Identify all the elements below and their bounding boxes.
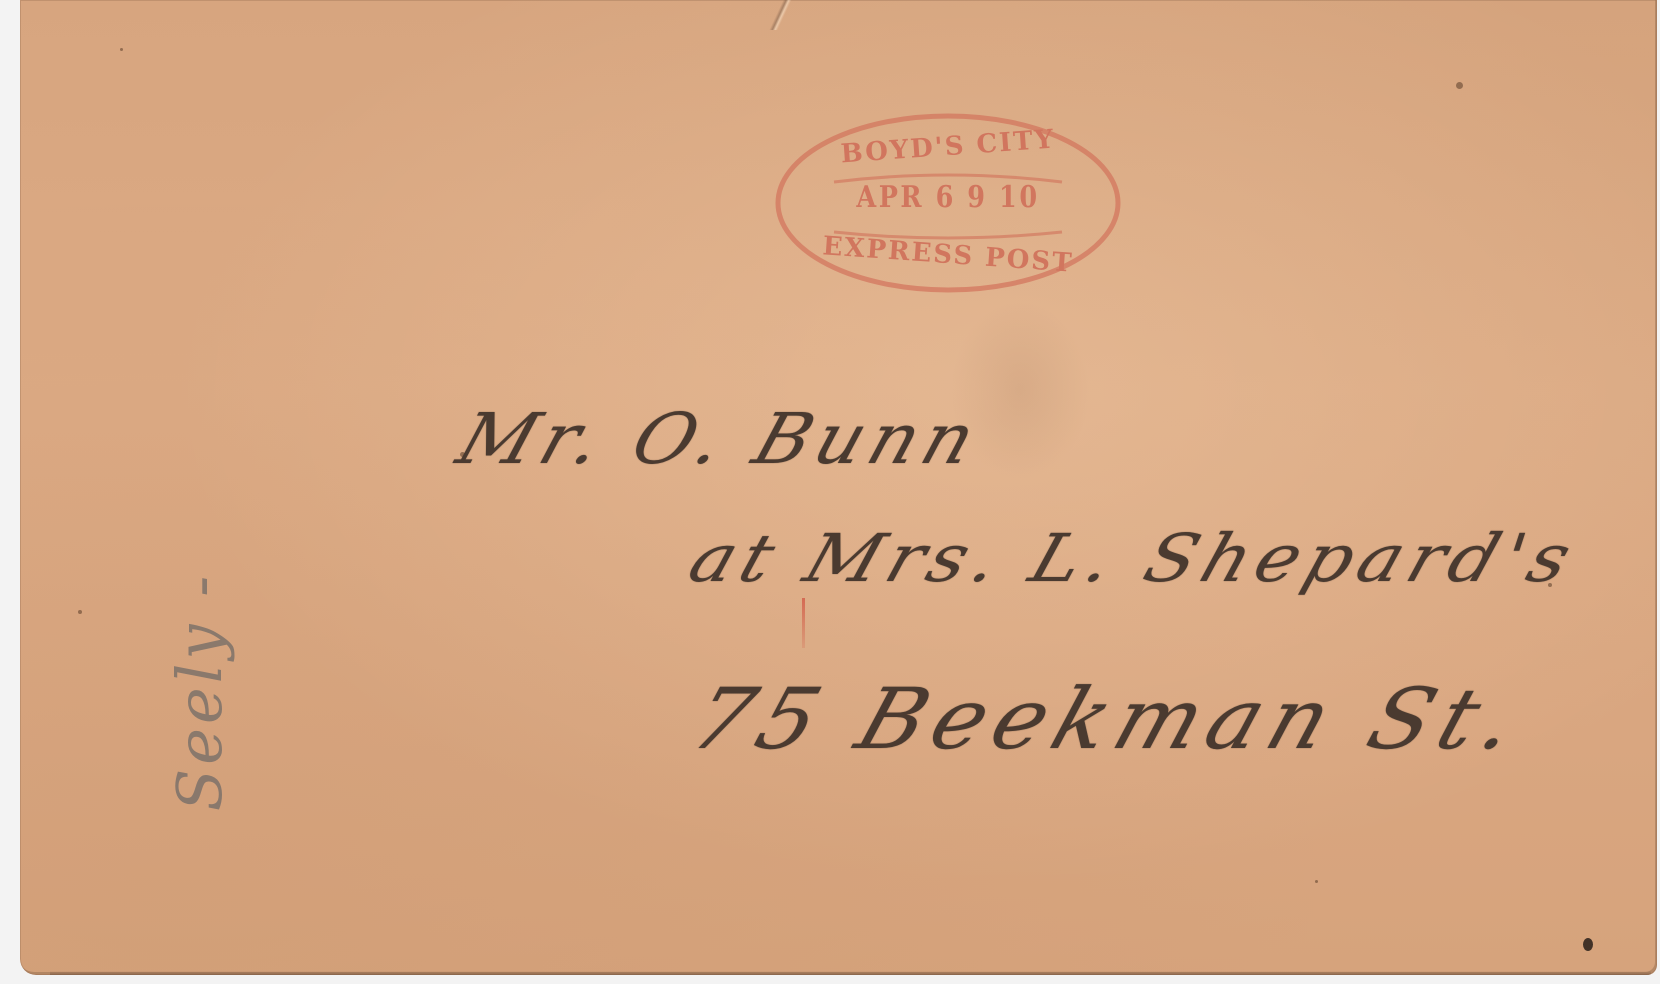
envelope-bottom-edge (50, 971, 1651, 975)
postmark-stamp: BOYD'S CITY APR 6 9 10 EXPRESS POST (772, 110, 1124, 296)
scan-background: BOYD'S CITY APR 6 9 10 EXPRESS POST Mr. … (0, 0, 1660, 984)
top-edge-tear (768, 0, 792, 30)
postmark-date: APR 6 9 10 (798, 180, 1097, 215)
address-line-2: at Mrs. L. Shepard's (680, 520, 1587, 597)
envelope: BOYD'S CITY APR 6 9 10 EXPRESS POST Mr. … (20, 0, 1657, 975)
paper-speck (1456, 82, 1463, 89)
address-line-3: 75 Beekman St. (680, 670, 1537, 768)
ink-spot (1583, 938, 1593, 951)
red-pencil-mark (802, 598, 805, 648)
paper-speck (120, 48, 123, 51)
address-line-1: Mr. O. Bunn (448, 398, 992, 480)
paper-speck (1315, 880, 1318, 883)
paper-speck (78, 610, 82, 614)
pencil-annotation: Seely - (163, 572, 236, 811)
